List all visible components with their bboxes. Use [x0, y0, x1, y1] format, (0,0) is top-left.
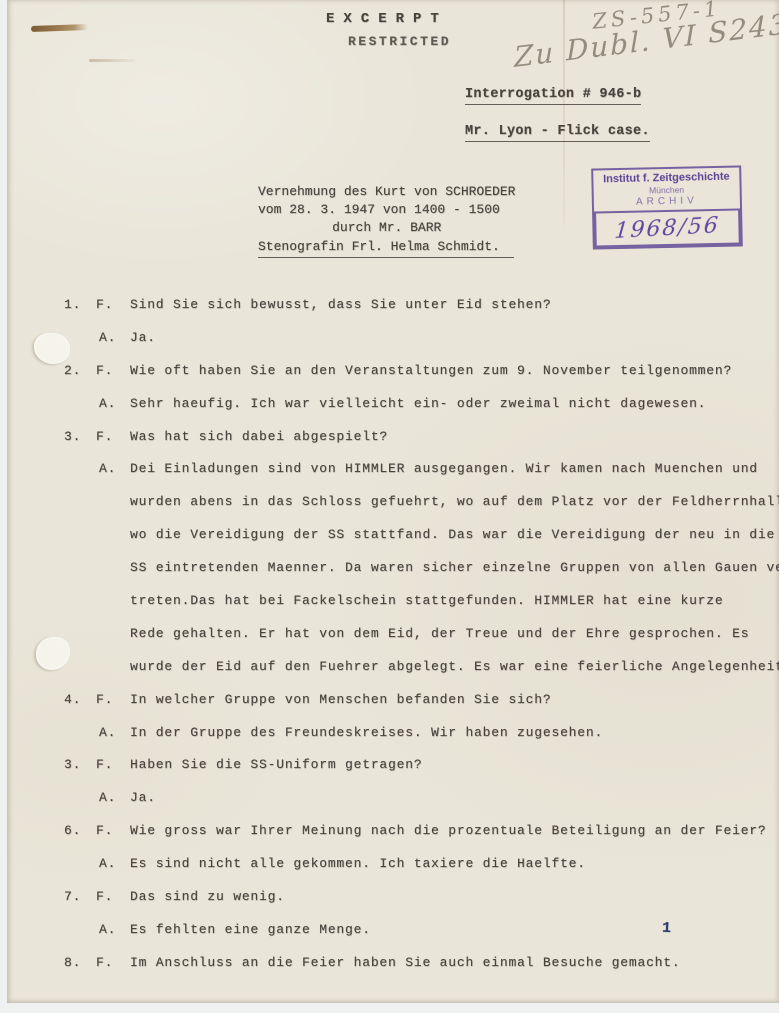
archive-stamp-number: 1968/56: [614, 212, 721, 243]
question-label: F.: [96, 955, 113, 970]
restricted-stamp: RESTRICTED: [348, 34, 451, 49]
question-number: 1.: [64, 297, 81, 312]
question-number: 7.: [64, 889, 81, 904]
archive-stamp-archiv: ARCHIV: [596, 195, 738, 209]
question-number: 4.: [64, 692, 81, 707]
question-text: In welcher Gruppe von Menschen befanden …: [130, 692, 551, 707]
question-text: Im Anschluss an die Feier haben Sie auch…: [130, 955, 680, 970]
answer-text: wo die Vereidigung der SS stattfand. Das…: [130, 527, 775, 542]
question-number: 2.: [64, 363, 81, 378]
archive-stamp-number-box: 1968/56: [594, 208, 741, 247]
answer-row: A. Es sind nicht alle gekommen. Ich taxi…: [0, 856, 779, 889]
answer-continuation-row: Rede gehalten. Er hat von dem Eid, der T…: [0, 626, 779, 659]
question-row: 3. F. Was hat sich dabei abgespielt?: [0, 429, 779, 462]
question-text: Wie oft haben Sie an den Veranstaltungen…: [130, 363, 732, 378]
answer-continuation-row: wurden abens in das Schloss gefuehrt, wo…: [0, 494, 779, 527]
question-text: Wie gross war Ihrer Meinung nach die pro…: [130, 823, 767, 838]
margin-pencil-mark: 1: [662, 920, 672, 937]
answer-continuation-row: SS eintretenden Maenner. Da waren sicher…: [0, 560, 779, 593]
answer-text: wurden abens in das Schloss gefuehrt, wo…: [130, 494, 779, 509]
question-label: F.: [96, 429, 113, 444]
answer-continuation-row: treten.Das hat bei Fackelschein stattgef…: [0, 593, 779, 626]
answer-continuation-row: wurde der Eid auf den Fuehrer abgelegt. …: [0, 659, 779, 692]
answer-continuation-row: wo die Vereidigung der SS stattfand. Das…: [0, 527, 779, 560]
interrogation-transcript: 1. F. Sind Sie sich bewusst, dass Sie un…: [0, 297, 779, 988]
answer-text: Sehr haeufig. Ich war vielleicht ein- od…: [130, 396, 706, 411]
case-reference: Mr. Lyon - Flick case.: [465, 124, 650, 139]
archive-stamp: Institut f. Zeitgeschichte München ARCHI…: [591, 165, 743, 249]
answer-text: treten.Das hat bei Fackelschein stattgef…: [130, 593, 724, 608]
question-number: 3.: [64, 429, 81, 444]
interrogation-reference-text: Interrogation # 946-b: [465, 87, 641, 105]
question-text: Das sind zu wenig.: [130, 889, 285, 904]
answer-text: Dei Einladungen sind von HIMMLER ausgega…: [130, 461, 758, 476]
question-row: 3. F. Haben Sie die SS-Uniform getragen?: [0, 757, 779, 790]
question-row: 7. F. Das sind zu wenig.: [0, 889, 779, 922]
answer-text: Es fehlten eine ganze Menge.: [130, 922, 371, 937]
answer-text: wurde der Eid auf den Fuehrer abgelegt. …: [130, 659, 779, 674]
interrogation-reference: Interrogation # 946-b: [465, 87, 641, 102]
question-label: F.: [96, 889, 113, 904]
answer-row: A. Sehr haeufig. Ich war vielleicht ein-…: [0, 396, 779, 429]
answer-text: Ja.: [130, 330, 156, 345]
question-row: 1. F. Sind Sie sich bewusst, dass Sie un…: [0, 297, 779, 330]
rust-stain-tail: [89, 59, 135, 62]
question-row: 6. F. Wie gross war Ihrer Meinung nach d…: [0, 823, 779, 856]
answer-label: A.: [99, 790, 116, 805]
answer-label: A.: [99, 461, 116, 476]
answer-text: Ja.: [130, 790, 156, 805]
rust-stain: [31, 24, 88, 32]
case-reference-text: Mr. Lyon - Flick case.: [465, 124, 650, 142]
question-row: 8. F. Im Anschluss an die Feier haben Si…: [0, 955, 779, 988]
answer-label: A.: [99, 396, 116, 411]
answer-row: A. In der Gruppe des Freundeskreises. Wi…: [0, 725, 779, 758]
session-interrogator: durch Mr. BARR: [258, 219, 515, 237]
answer-row: A. Ja.: [0, 330, 779, 363]
question-row: 2. F. Wie oft haben Sie an den Veranstal…: [0, 363, 779, 396]
question-row: 4. F. In welcher Gruppe von Menschen bef…: [0, 692, 779, 725]
answer-label: A.: [99, 922, 116, 937]
answer-text: Rede gehalten. Er hat von dem Eid, der T…: [130, 626, 749, 641]
session-subject: Vernehmung des Kurt von SCHROEDER: [258, 183, 515, 201]
answer-row: A. Ja.: [0, 790, 779, 823]
question-number: 8.: [64, 955, 81, 970]
answer-label: A.: [99, 725, 116, 740]
question-label: F.: [96, 823, 113, 838]
question-text: Haben Sie die SS-Uniform getragen?: [130, 757, 422, 772]
question-number: 6.: [64, 823, 81, 838]
session-date: vom 28. 3. 1947 von 1400 - 1500: [258, 201, 515, 219]
question-text: Sind Sie sich bewusst, dass Sie unter Ei…: [130, 297, 551, 312]
answer-text: In der Gruppe des Freundeskreises. Wir h…: [130, 725, 603, 740]
answer-label: A.: [99, 856, 116, 871]
answer-row: A. Dei Einladungen sind von HIMMLER ausg…: [0, 461, 779, 494]
answer-label: A.: [99, 330, 116, 345]
excerpt-heading: EXCERPT: [326, 11, 448, 27]
session-stenographer: Stenografin Frl. Helma Schmidt.: [258, 238, 514, 258]
session-header: Vernehmung des Kurt von SCHROEDER vom 28…: [258, 183, 515, 258]
answer-text: SS eintretenden Maenner. Da waren sicher…: [130, 560, 779, 575]
question-label: F.: [96, 692, 113, 707]
question-text: Was hat sich dabei abgespielt?: [130, 429, 388, 444]
question-label: F.: [96, 297, 113, 312]
answer-text: Es sind nicht alle gekommen. Ich taxiere…: [130, 856, 586, 871]
question-number: 3.: [64, 757, 81, 772]
question-label: F.: [96, 757, 113, 772]
question-label: F.: [96, 363, 113, 378]
